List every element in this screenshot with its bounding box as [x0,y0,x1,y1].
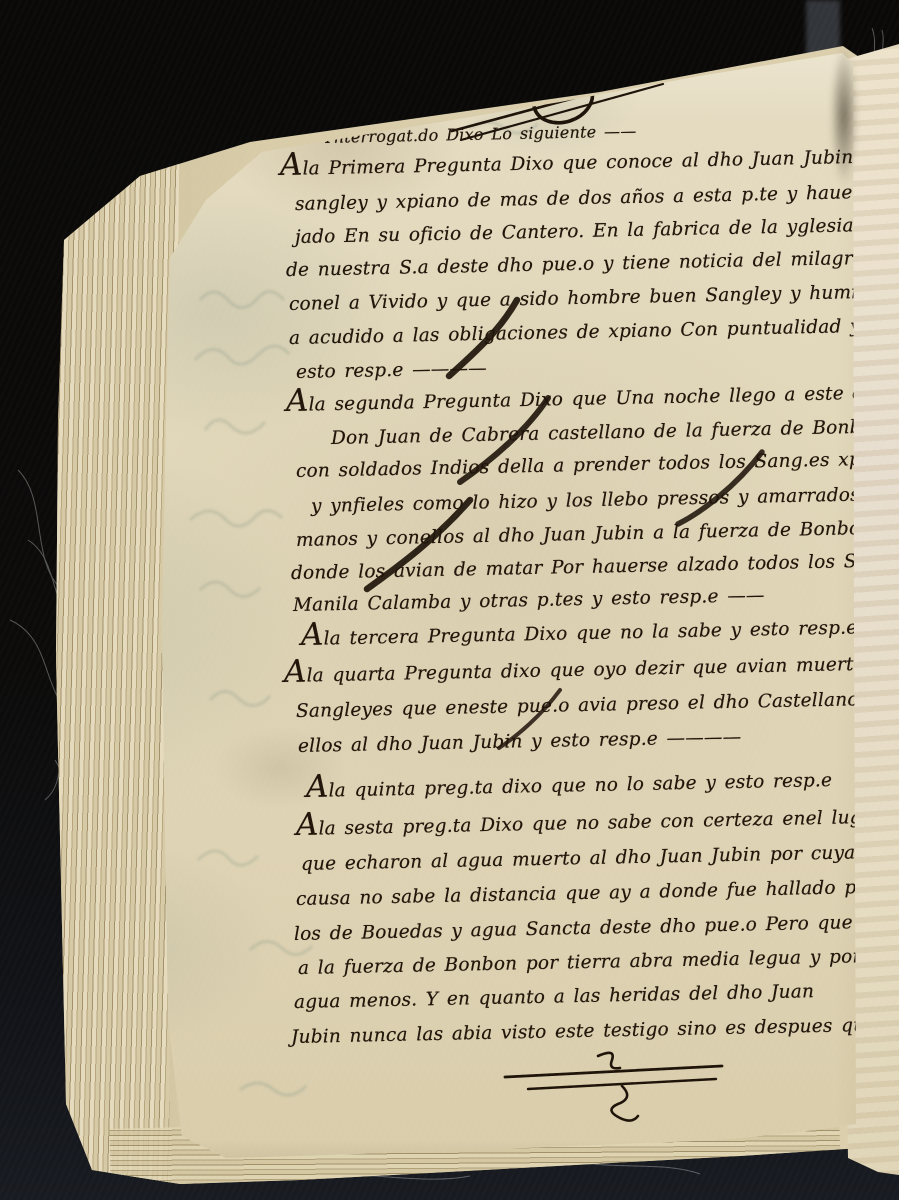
manuscript-line: Ala tercera Pregunta Dixo que no la sabe… [301,619,858,649]
manuscript-line: que echaron al agua muerto al dho Juan J… [301,844,856,874]
manuscript-line: conel a Vivido y que a sido hombre buen … [289,283,899,314]
manuscript-line: Ala sesta preg.ta Dixo que no sabe con c… [296,809,882,840]
manuscript-line: Jubin nunca las abia visto este testigo … [291,1016,899,1047]
manuscript-line: a acudido a las obligaciones de xpiano C… [289,318,861,348]
manuscript-line: Don Juan de Cabrera castellano de la fue… [331,418,886,448]
manuscript-line: Ala quinta preg.ta dixo que no lo sabe y… [306,772,833,802]
manuscript-line: esto resp.e ———— [296,360,487,382]
manuscript-line: jado En su oficio de Cantero. En la fabr… [295,217,854,247]
manuscript-line: sangley y xpiano de mas de dos años a es… [295,183,899,215]
manuscript-line: ellos al dho Juan Jubin y esto resp.e ——… [298,729,742,757]
manuscript-line: Ala segunda Pregunta Dixo que Una noche … [286,383,899,415]
manuscript-line: a la fuerza de Bonbon por tierra abra me… [298,948,888,979]
gutter-shadow [830,46,858,186]
manuscript-line: causa no sabe la distancia que ay a dond… [296,879,877,910]
manuscript-line: los de Bouedas y agua Sancta deste dho p… [294,913,899,945]
stack-left-edges [36,119,179,1190]
manuscript-line: con soldados Indios della a prender todo… [296,450,899,481]
manuscript-line: Ala Primera Pregunta Dixo que conoce al … [280,149,854,180]
manuscript-photo: Ynterrogat.do Dixo Lo siguiente —— Ala P… [0,0,899,1200]
manuscript-line: Ala quarta Pregunta dixo que oyo dezir q… [284,653,899,686]
manuscript-line: Manila Calamba y otras p.tes y esto resp… [293,587,765,615]
manuscript-line: Sangleyes que eneste pue.o avia preso el… [296,690,899,722]
manuscript-line: donde los avian de matar Por hauerse alz… [291,551,899,583]
manuscript-line: y ynfieles como lo hizo y los llebo pres… [311,486,896,517]
manuscript-line: agua menos. Y en quanto a las heridas de… [294,983,815,1012]
manuscript-line: manos y conellos al dho Juan Jubin a la … [296,520,873,551]
manuscript-line: de nuestra S.a deste dho pue.o y tiene n… [286,249,899,281]
